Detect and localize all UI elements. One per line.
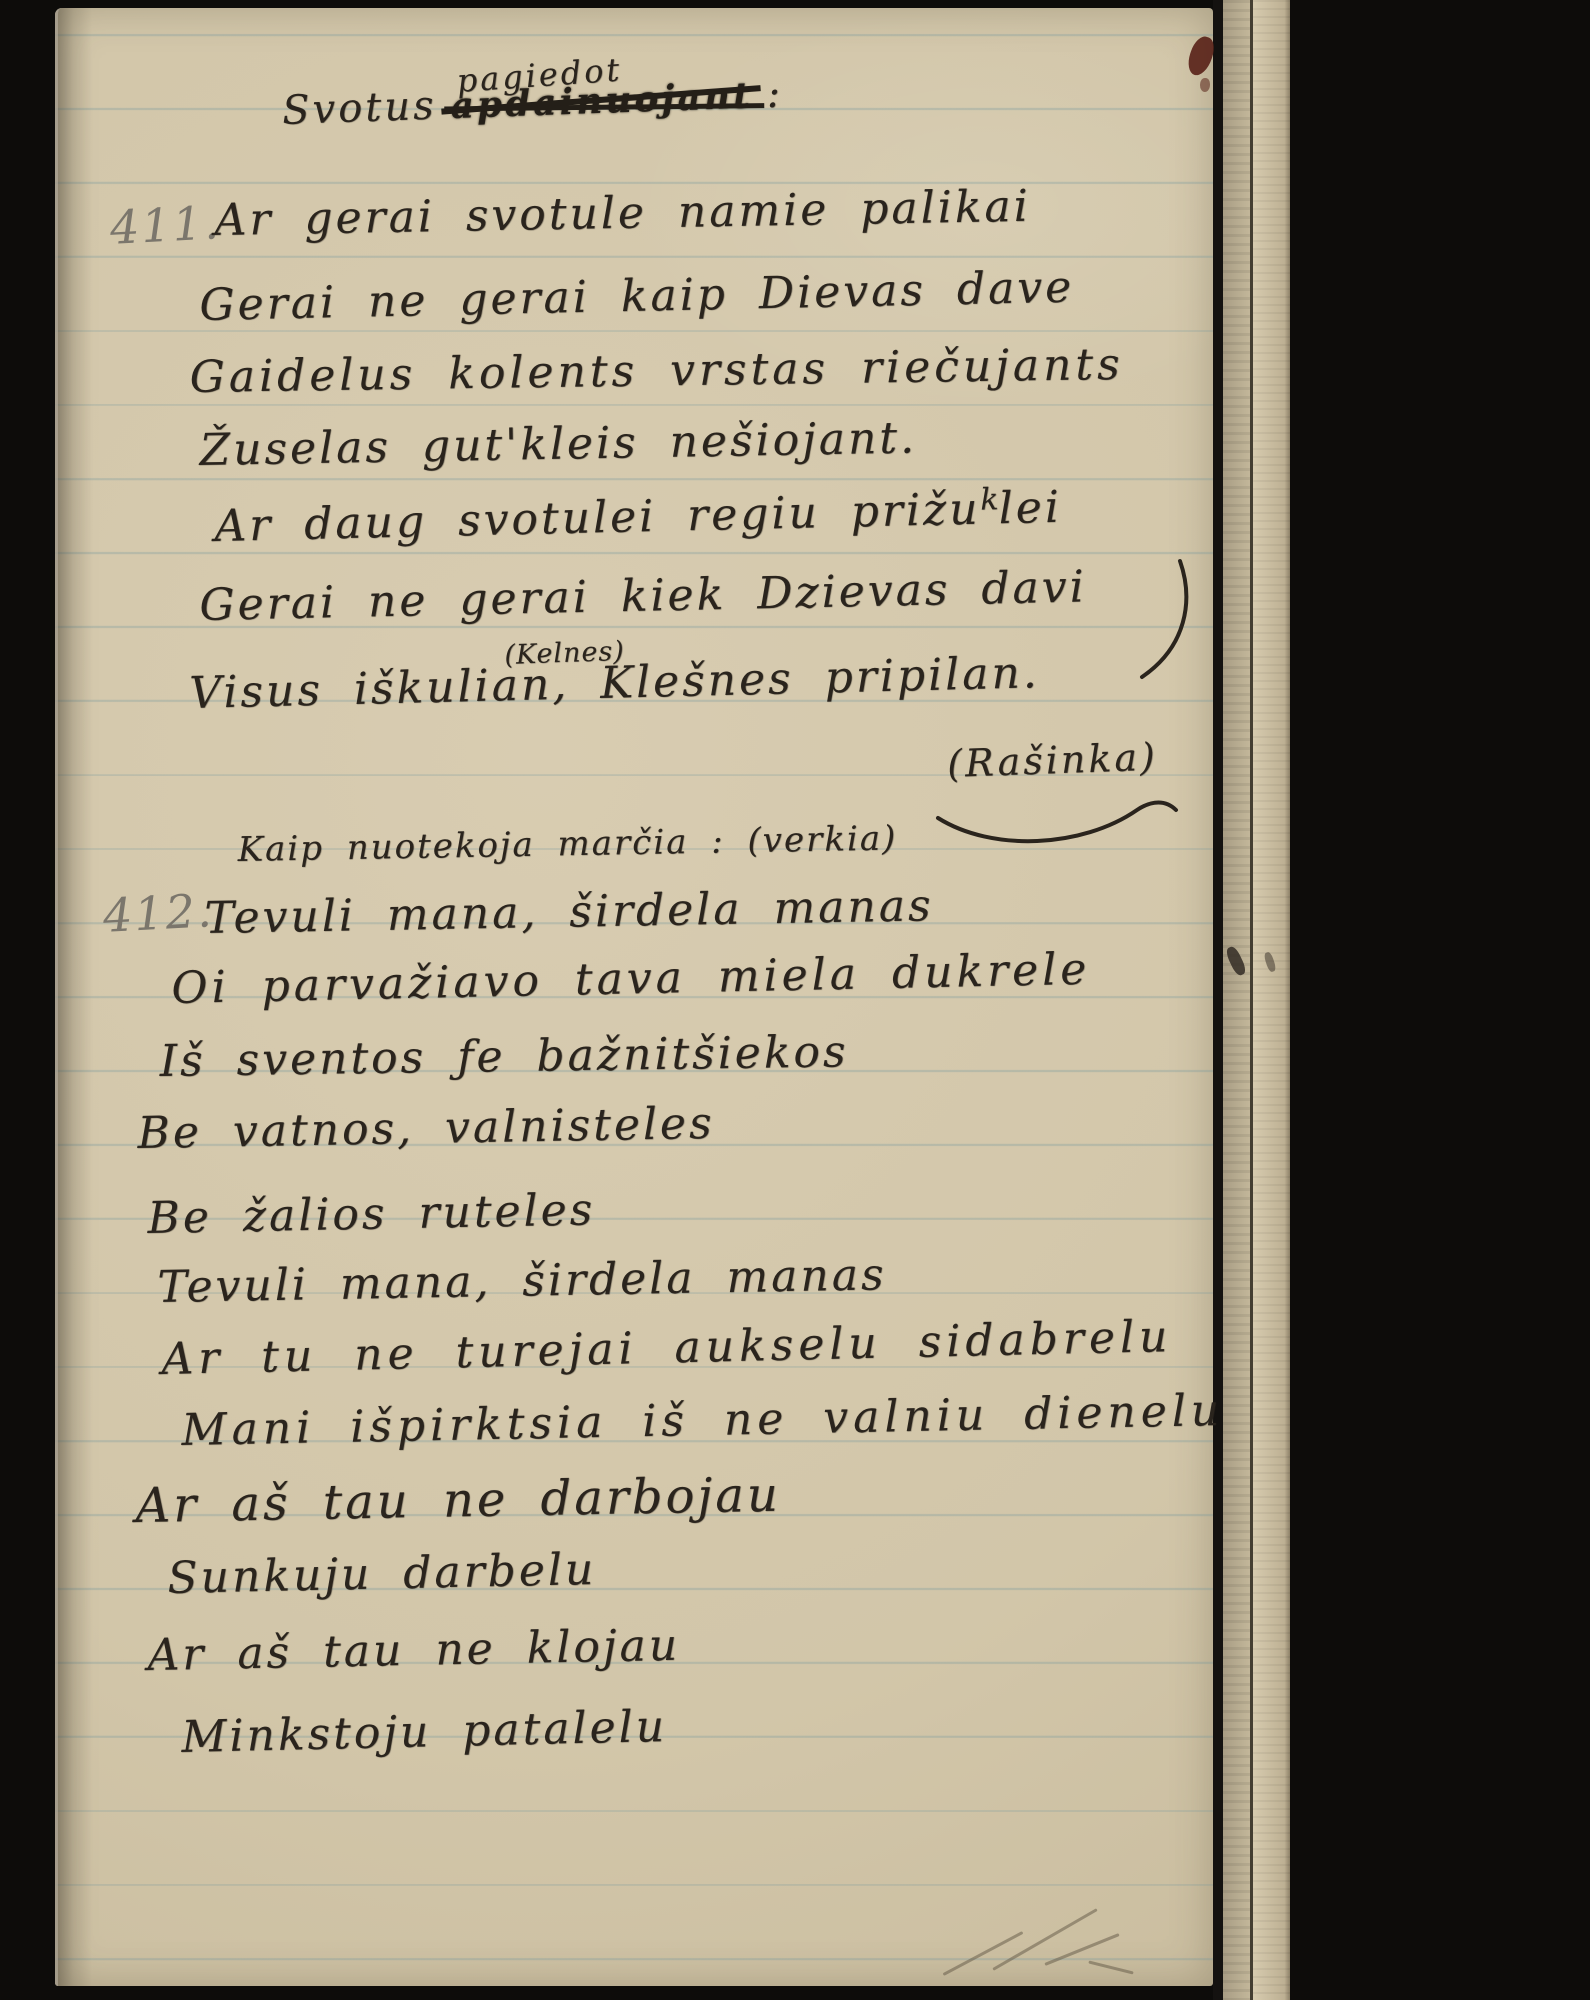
heading-word: Svotus xyxy=(281,83,437,134)
handwriting-layer: Svotus apdainuojant : pagiedot 411. Ar g… xyxy=(0,0,1590,2000)
inserted-letter: k xyxy=(980,482,999,517)
ink-stain xyxy=(1184,34,1217,79)
handwritten-line: Gerai ne gerai kaip Dievas dave xyxy=(199,262,1075,331)
pencil-scribble xyxy=(1044,1933,1119,1966)
ink-stain-small xyxy=(1200,78,1210,92)
handwritten-line: Gaidelus kolents vrstas riečujants xyxy=(189,339,1124,403)
handwritten-line: Ar gerai svotule namie palikai xyxy=(214,181,1031,246)
song-412-caption: Kaip nuotekoja marčia : (verkia) xyxy=(237,818,897,870)
handwritten-line: Ar tu ne turejai aukselu sidabrelu xyxy=(161,1311,1173,1385)
handwritten-line: Minkstoju patalelu xyxy=(181,1701,668,1763)
edge-smudge-small xyxy=(1263,951,1277,972)
handwritten-line: Ar aš tau ne darbojau xyxy=(135,1467,781,1534)
edge-smudge xyxy=(1224,945,1248,977)
handwritten-line: Be vatnos, valnisteles xyxy=(137,1098,715,1159)
handwritten-line: Visus iškulian, Klešnes pripilan. xyxy=(189,647,1041,719)
handwritten-line: Be žalios ruteles xyxy=(147,1184,596,1244)
pencil-scribble xyxy=(1088,1960,1133,1974)
line-text: lei xyxy=(998,482,1062,534)
song-number-411: 411. xyxy=(109,195,222,255)
handwritten-line: Oi parvažiavo tava miela dukrele xyxy=(171,944,1091,1014)
ink-flourish xyxy=(1128,555,1198,685)
handwritten-line: Mani išpirktsia iš ne valniu dienelu xyxy=(181,1385,1225,1456)
handwritten-line: Ar daug svotulei regiu prižuklei xyxy=(214,481,1063,552)
song-number-412: 412. xyxy=(102,883,215,943)
line-text: Ar daug svotulei regiu prižu xyxy=(214,484,981,552)
handwritten-line: Ar aš tau ne klojau xyxy=(147,1620,681,1681)
handwritten-line: Iš sventos ƒe bažnitšiekos xyxy=(159,1026,849,1087)
signature-rasinka: (Rašinka) xyxy=(946,735,1158,786)
heading-colon: : xyxy=(766,71,784,118)
handwritten-line: Gerai ne gerai kiek Dzievas davi xyxy=(199,561,1087,631)
handwritten-line: Žuselas gut'kleis nešiojant. xyxy=(199,412,917,476)
pencil-scribble xyxy=(943,1931,1024,1976)
signature-flourish xyxy=(932,788,1182,858)
handwritten-line: Sunkuju darbelu xyxy=(167,1544,597,1604)
handwritten-line: Tevuli mana, širdela manas xyxy=(157,1249,887,1313)
scanned-manuscript-photo: { "document": { "kind": "handwritten son… xyxy=(0,0,1590,2000)
handwritten-line: Tevuli mana, širdela manas xyxy=(204,880,934,944)
